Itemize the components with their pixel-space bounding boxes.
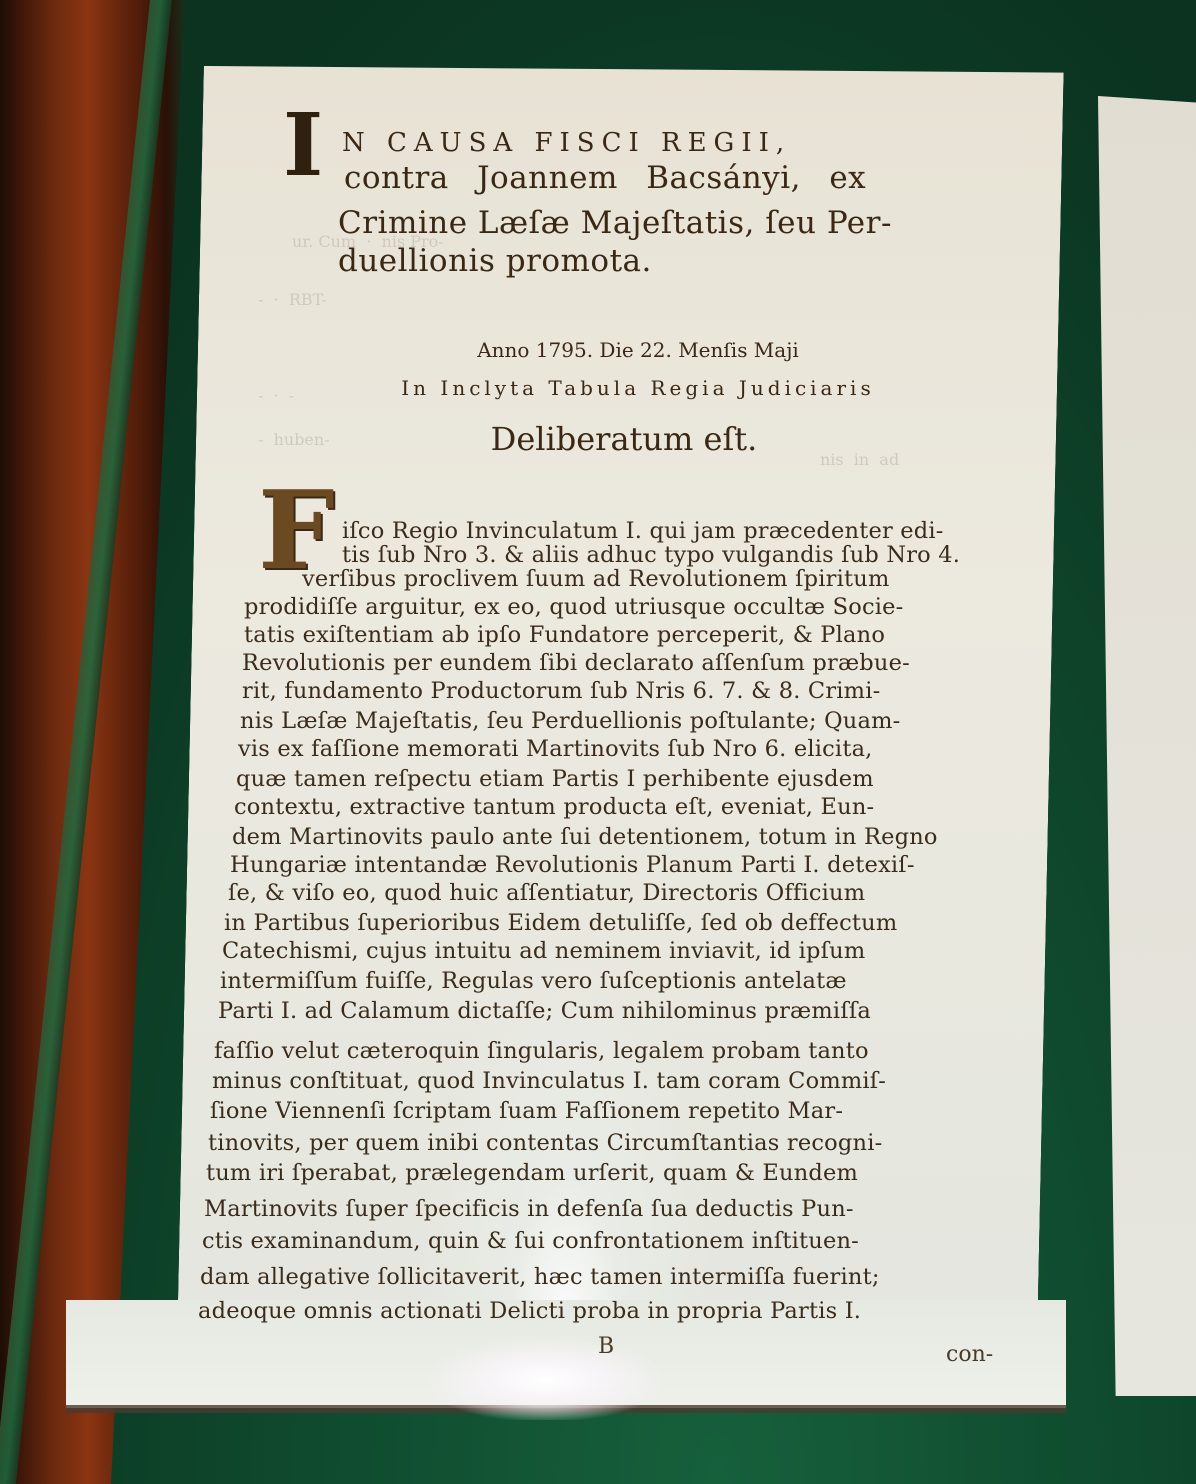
- body-line: nis Læſæ Majeſtatis, ſeu Perduellionis p…: [240, 708, 900, 734]
- body-line: Hungariæ intentandæ Revolutionis Planum …: [230, 852, 915, 878]
- dateline: Anno 1795. Die 22. Menſis Maji: [268, 338, 1008, 362]
- court-line: In Inclyta Tabula Regia Judiciaris: [268, 376, 1008, 400]
- body-line: tatis exiſtentiam ab ipſo Fundatore perc…: [244, 622, 885, 648]
- title-line-3: Crimine Læſæ Majeſtatis, ſeu Per-: [338, 205, 892, 241]
- title-line-2: contra Joannem Bacsányi, ex: [344, 160, 866, 196]
- body-line: tinovits, per quem inibi contentas Circu…: [208, 1130, 882, 1156]
- title-line-1: N CAUSA FISCI REGII,: [342, 128, 791, 158]
- signature-mark: B: [598, 1334, 614, 1359]
- body-line: vis ex faſſione memorati Martinovits ſub…: [238, 736, 873, 762]
- body-line: contextu, extractive tantum producta eſt…: [234, 794, 874, 820]
- light-glare: [430, 1340, 660, 1420]
- body-line: iſco Regio Invinculatum I. qui jam præce…: [342, 518, 944, 544]
- body-line: minus conſtituat, quod Invinculatus I. t…: [212, 1068, 886, 1094]
- body-line: dam allegative ſollicitaverit, hæc tamen…: [200, 1264, 880, 1290]
- body-line: quæ tamen reſpectu etiam Partis I perhib…: [236, 766, 874, 792]
- body-line: intermiſſum fuiſſe, Regulas vero ſuſcept…: [220, 968, 847, 994]
- deliberatum-heading: Deliberatum eſt.: [254, 420, 994, 458]
- body-line: ſe, & viſo eo, quod huic aſſentiatur, Di…: [228, 880, 865, 906]
- title-line-4: duellionis promota.: [338, 243, 652, 279]
- body-line: Parti I. ad Calamum dictaſſe; Cum nihilo…: [218, 998, 871, 1024]
- body-line: faſſio velut cæteroquin ſingularis, lega…: [214, 1038, 869, 1064]
- body-line: ctis examinandum, quin & ſui confrontati…: [202, 1228, 859, 1254]
- body-line: adeoque omnis actionati Delicti proba in…: [198, 1298, 861, 1324]
- body-line: ſione Viennenſi ſcriptam ſuam Faſſionem …: [210, 1098, 843, 1124]
- body-line: tum iri ſperabat, prælegendam urſerit, q…: [206, 1160, 858, 1186]
- body-line: tis ſub Nro 3. & aliis adhuc typo vulgan…: [342, 542, 960, 568]
- body-line: in Partibus ſuperioribus Eidem detuliſſe…: [224, 910, 897, 936]
- body-line: verſibus proclivem ſuum ad Revolutionem …: [302, 566, 890, 592]
- body-line: dem Martinovits paulo ante ſui detention…: [232, 824, 938, 850]
- title-drop-cap: I: [283, 104, 325, 188]
- body-line: Catechismi, cujus intuitu ad neminem inv…: [222, 938, 865, 964]
- bleed-through-text: - · RBT-: [258, 290, 327, 309]
- body-line: Revolutionis per eundem ſibi declarato a…: [242, 650, 910, 676]
- body-line: rit, fundamento Productorum ſub Nris 6. …: [242, 678, 880, 704]
- body-line: Martinovits ſuper ſpecificis in defenſa …: [204, 1196, 854, 1222]
- body-line: prodidiſſe arguitur, ex eo, quod utriusq…: [244, 594, 903, 620]
- catchword: con-: [946, 1342, 993, 1367]
